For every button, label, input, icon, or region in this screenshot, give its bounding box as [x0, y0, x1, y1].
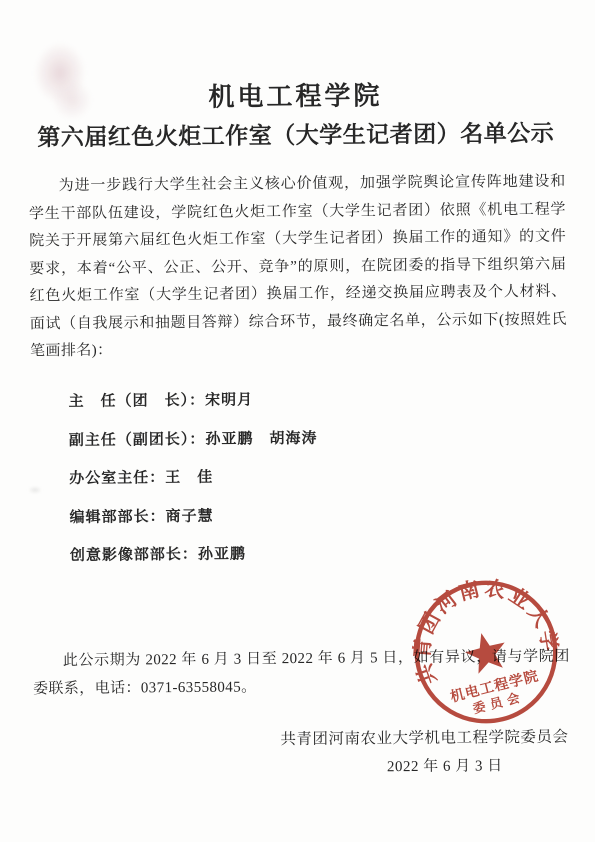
roster-role: 办公室主任： [69, 466, 165, 488]
roster-names: 孙亚鹏 [198, 543, 246, 564]
roster-role: 主 任（团 长）： [68, 389, 205, 411]
signature-date: 2022 年 6 月 3 日 [4, 754, 503, 779]
roster-row-office-director: 办公室主任：王 佳 [69, 454, 595, 497]
roster-role: 副主任（副团长）： [69, 428, 206, 450]
document-subtitle: 第六届红色火炬工作室（大学生记者团）名单公示 [0, 114, 593, 152]
roster-list: 主 任（团 长）：宋明月 副主任（副团长）：孙亚鹏 胡海涛 办公室主任：王 佳 … [68, 377, 595, 574]
document-title: 机电工程学院 [0, 73, 593, 115]
seal-star-icon [462, 628, 511, 676]
roster-role: 编辑部部长： [69, 505, 165, 527]
roster-row-deputy-director: 副主任（副团长）：孙亚鹏 胡海涛 [69, 415, 595, 458]
roster-role: 创意影像部部长： [70, 543, 198, 565]
roster-names: 商子慧 [165, 504, 213, 525]
roster-row-editorial-head: 编辑部部长：商子慧 [69, 492, 595, 535]
body-paragraph: 为进一步践行大学生社会主义核心价值观，加强学院舆论宣传阵地建设和学生干部队伍建设… [29, 169, 568, 366]
roster-names: 王 佳 [165, 466, 213, 487]
roster-names: 宋明月 [205, 389, 253, 410]
roster-row-director: 主 任（团 长）：宋明月 [68, 377, 595, 420]
scanned-document-page: 机电工程学院 第六届红色火炬工作室（大学生记者团）名单公示 为进一步践行大学生社… [0, 0, 595, 842]
roster-names: 孙亚鹏 胡海涛 [205, 427, 317, 449]
